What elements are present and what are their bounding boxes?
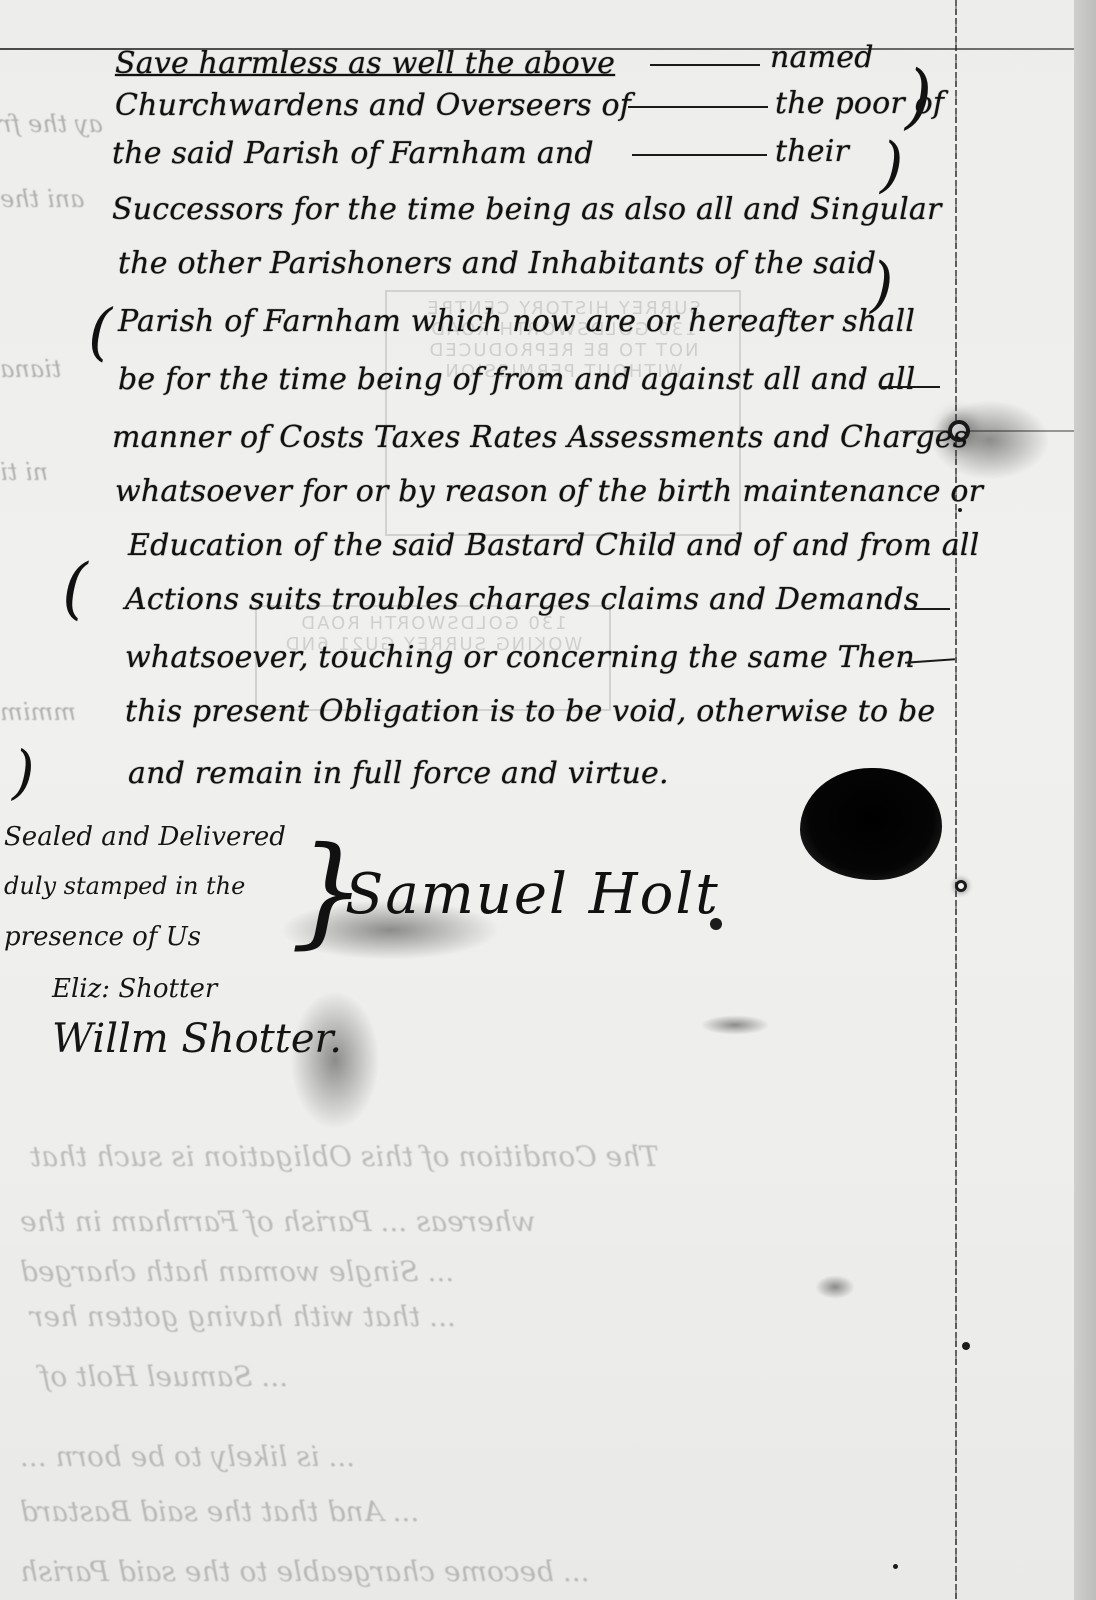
- bleed-through-fragment: ani the: [0, 185, 84, 213]
- ink-smudge: [700, 1015, 770, 1035]
- attestation-line-3: presence of Us: [4, 922, 201, 952]
- ink-blot: [710, 918, 722, 930]
- bleed-through-line: ... that with having gotten her: [30, 1300, 456, 1333]
- line-filler-dash: [650, 64, 760, 66]
- body-line-4: Successors for the time being as also al…: [112, 192, 942, 227]
- wax-seal: [800, 768, 942, 880]
- brace-mark: (: [62, 550, 88, 627]
- right-column-text-2: the poor of: [775, 86, 944, 121]
- body-line-13: this present Obligation is to be void, o…: [125, 694, 935, 729]
- body-line-2: Churchwardens and Overseers of: [115, 88, 631, 123]
- body-line-11: Actions suits troubles charges claims an…: [125, 582, 919, 617]
- ink-speck: [958, 508, 962, 512]
- bleed-through-line: The Condition of this Obligation is such…: [30, 1140, 659, 1173]
- bleed-through-fragment: ni ti: [0, 458, 48, 486]
- body-line-10: Education of the said Bastard Child and …: [128, 528, 979, 563]
- body-line-7: be for the time being of from and agains…: [118, 362, 915, 397]
- brace-mark: ): [12, 738, 35, 806]
- body-line-14: and remain in full force and virtue.: [128, 756, 669, 791]
- witness-willm-shotter: Willm Shotter.: [52, 1016, 342, 1062]
- body-line-6: Parish of Farnham which now are or herea…: [118, 304, 915, 339]
- attestation-line-2: duly stamped in the: [4, 872, 245, 900]
- bleed-through-fragment: ay the fr: [0, 110, 103, 138]
- ink-smudge: [815, 1275, 855, 1299]
- page-edge-margin: [1074, 0, 1096, 1600]
- ink-smudge: [280, 900, 500, 960]
- right-column-text-1: named: [770, 40, 874, 75]
- body-line-3: the said Parish of Farnham and: [112, 136, 594, 171]
- document-page: SURREY HISTORY CENTRE 130 GOLDSWORTH ROA…: [0, 0, 1074, 1600]
- bleed-through-line: whereas ... Parish of Farnham in the: [20, 1205, 536, 1238]
- line-filler-dash: [632, 154, 767, 156]
- line-filler-dash: [880, 386, 940, 388]
- right-column-text-3: their: [775, 134, 849, 169]
- bleed-through-line: ... Samuel Holt of: [40, 1360, 288, 1393]
- bleed-through-line: ... Single woman hath charged: [20, 1255, 454, 1288]
- line-filler-dash: [628, 106, 768, 108]
- bleed-through-line: ... is likely to be born ...: [20, 1440, 355, 1473]
- ink-speck: [962, 1342, 970, 1350]
- line-filler-dash: [905, 608, 950, 610]
- body-line-5: the other Parishoners and Inhabitants of…: [118, 246, 876, 281]
- body-line-8: manner of Costs Taxes Rates Assessments …: [112, 420, 968, 455]
- bleed-through-fragment: mmim: [0, 698, 76, 726]
- bleed-through-line: ... become chargeable to the said Parish: [20, 1555, 590, 1588]
- body-line-9: whatsoever for or by reason of the birth…: [115, 474, 983, 509]
- ink-speck: [893, 1564, 898, 1569]
- body-line-12: whatsoever, touching or concerning the s…: [125, 640, 915, 675]
- bleed-through-line: ... And that the said Bastard: [20, 1495, 419, 1528]
- body-line-1: Save harmless as well the above: [115, 46, 615, 81]
- witness-eliz-shotter: Eliz: Shotter: [52, 974, 217, 1004]
- brace-mark: (: [88, 295, 112, 368]
- attestation-line-1: Sealed and Delivered: [4, 822, 286, 852]
- brace-mark: ): [880, 130, 903, 200]
- fold-line-vertical: [955, 0, 957, 1600]
- bleed-through-fragment: tiana: [0, 355, 61, 383]
